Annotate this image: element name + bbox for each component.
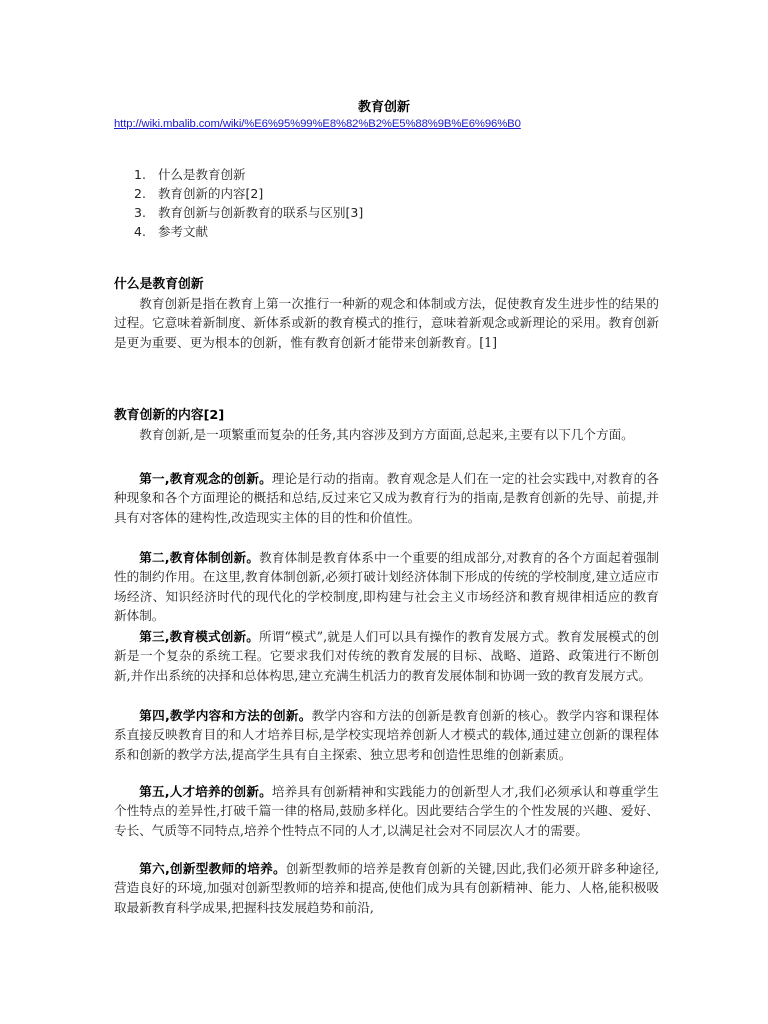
- source-url-link[interactable]: http://wiki.mbalib.com/wiki/%E6%95%99%E8…: [114, 118, 521, 130]
- toc-label: 什么是教育创新: [158, 167, 246, 182]
- paragraph: 教育创新,是一项繁重而复杂的任务,其内容涉及到方方面面,总起来,主要有以下几个方…: [114, 425, 659, 444]
- toc-number: 3.: [134, 203, 158, 222]
- paragraph: 教育创新是指在教育上第一次推行一种新的观念和体制或方法，促使教育发生进步性的结果…: [114, 294, 659, 352]
- section-heading: 教育创新的内容[2]: [114, 404, 224, 423]
- paragraph: 第一,教育观念的创新。理论是行动的指南。教育观念是人们在一定的社会实践中,对教育…: [114, 469, 659, 527]
- paragraph-text: 教育创新是指在教育上第一次推行一种新的观念和体制或方法，促使教育发生进步性的结果…: [114, 296, 659, 350]
- paragraph: 第六,创新型教师的培养。创新型教师的培养是教育创新的关键,因此,我们必须开辟多种…: [114, 859, 659, 917]
- paragraph-lead: 第四,教学内容和方法的创新。: [139, 708, 311, 723]
- toc-label: 教育创新的内容[2]: [158, 186, 263, 201]
- document-page: 教育创新 http://wiki.mbalib.com/wiki/%E6%95%…: [0, 0, 768, 1024]
- paragraph-lead: 第二,教育体制创新。: [139, 550, 259, 565]
- paragraph-lead: 第六,创新型教师的培养。: [139, 861, 286, 876]
- document-title: 教育创新: [0, 96, 768, 115]
- toc-item: 1.什么是教育创新: [134, 165, 363, 184]
- toc-label: 参考文献: [158, 224, 208, 239]
- toc-number: 1.: [134, 165, 158, 184]
- paragraph-text: 教育创新,是一项繁重而复杂的任务,其内容涉及到方方面面,总起来,主要有以下几个方…: [139, 427, 634, 442]
- toc-number: 2.: [134, 184, 158, 203]
- toc-label: 教育创新与创新教育的联系与区别[3]: [158, 205, 363, 220]
- toc-item: 3.教育创新与创新教育的联系与区别[3]: [134, 203, 363, 222]
- paragraph-lead: 第五,人才培养的创新。: [139, 784, 272, 799]
- table-of-contents: 1.什么是教育创新 2.教育创新的内容[2] 3.教育创新与创新教育的联系与区别…: [134, 165, 363, 241]
- toc-number: 4.: [134, 222, 158, 241]
- paragraph: 第二,教育体制创新。教育体制是教育体系中一个重要的组成部分,对教育的各个方面起着…: [114, 548, 659, 625]
- toc-item: 4.参考文献: [134, 222, 363, 241]
- paragraph: 第三,教育模式创新。所谓“模式”,就是人们可以具有操作的教育发展方式。教育发展模…: [114, 627, 659, 685]
- toc-item: 2.教育创新的内容[2]: [134, 184, 363, 203]
- section-heading: 什么是教育创新: [114, 273, 204, 292]
- paragraph: 第四,教学内容和方法的创新。教学内容和方法的创新是教育创新的核心。教学内容和课程…: [114, 706, 659, 764]
- paragraph-lead: 第三,教育模式创新。: [139, 629, 259, 644]
- paragraph: 第五,人才培养的创新。培养具有创新精神和实践能力的创新型人才,我们必须承认和尊重…: [114, 782, 659, 840]
- paragraph-lead: 第一,教育观念的创新。: [139, 471, 272, 486]
